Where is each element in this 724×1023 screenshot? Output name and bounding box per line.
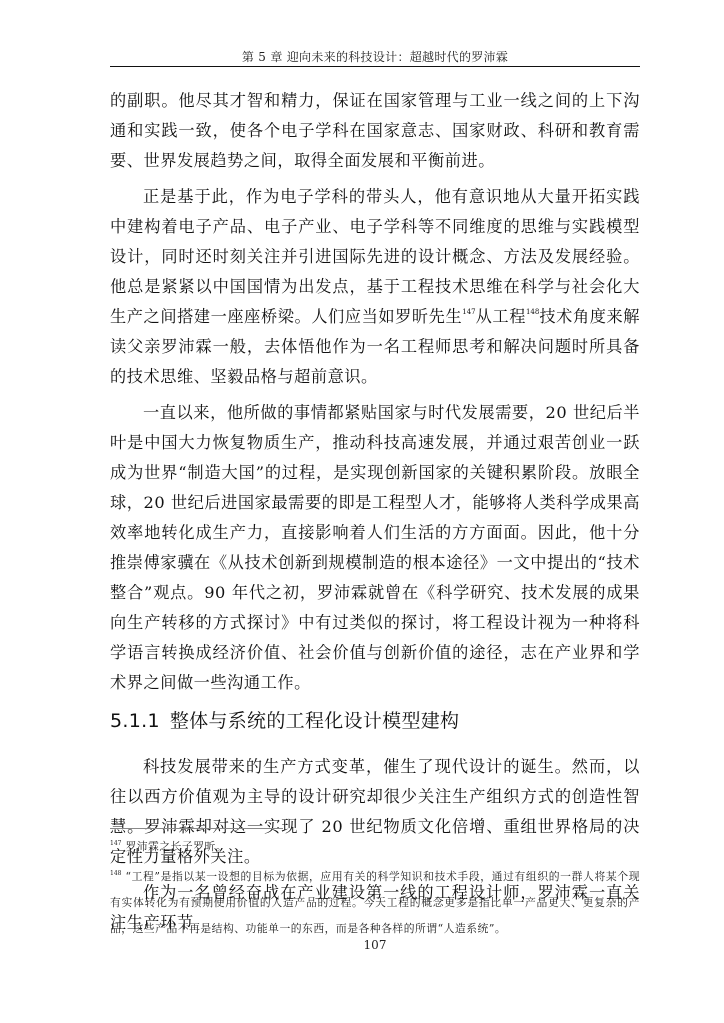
paragraph-segment: 从工程 [476, 307, 526, 326]
paragraph-segment: 正是基于此，作为电子学科的带头人，他有意识地从大量开拓实践中建构着电子产品、电子… [110, 187, 640, 326]
section-title: 整体与系统的工程化设计模型建构 [170, 710, 460, 732]
footnote-148: 148“工程”是指以某一设想的目标为依据，应用有关的科学知识和技术手段，通过有组… [110, 864, 640, 942]
document-page: 第 5 章 迎向未来的科技设计：超越时代的罗沛霖 的副职。他尽其才智和精力，保证… [110, 0, 640, 1023]
paragraph: 一直以来，他所做的事情都紧贴国家与时代发展需要，20 世纪后半叶是中国大力恢复物… [110, 398, 640, 698]
footnote-text: 罗沛霖之长子罗昕。 [125, 840, 227, 853]
footnote-mark: 147 [110, 840, 121, 847]
footnote-text: “工程”是指以某一设想的目标为依据，应用有关的科学知识和技术手段，通过有组织的一… [110, 870, 640, 935]
header-rule [110, 66, 640, 67]
page-number: 107 [110, 938, 640, 952]
running-header: 第 5 章 迎向未来的科技设计：超越时代的罗沛霖 [110, 48, 640, 65]
footnotes: 147罗沛霖之长子罗昕。 148“工程”是指以某一设想的目标为依据，应用有关的科… [110, 834, 640, 942]
footnote-separator [110, 828, 283, 829]
section-number: 5.1.1 [110, 710, 160, 732]
footnote-mark: 148 [110, 870, 121, 877]
footnote-147: 147罗沛霖之长子罗昕。 [110, 834, 640, 860]
page-body: 的副职。他尽其才智和精力，保证在国家管理与工业一线之间的上下沟通和实践一致，使各… [110, 86, 640, 944]
footnote-ref-148[interactable]: 148 [526, 308, 539, 316]
paragraph-continued: 的副职。他尽其才智和精力，保证在国家管理与工业一线之间的上下沟通和实践一致，使各… [110, 86, 640, 176]
paragraph-with-footnotes: 正是基于此，作为电子学科的带头人，他有意识地从大量开拓实践中建构着电子产品、电子… [110, 182, 640, 392]
section-heading: 5.1.1整体与系统的工程化设计模型建构 [110, 706, 640, 736]
footnote-ref-147[interactable]: 147 [462, 308, 475, 316]
